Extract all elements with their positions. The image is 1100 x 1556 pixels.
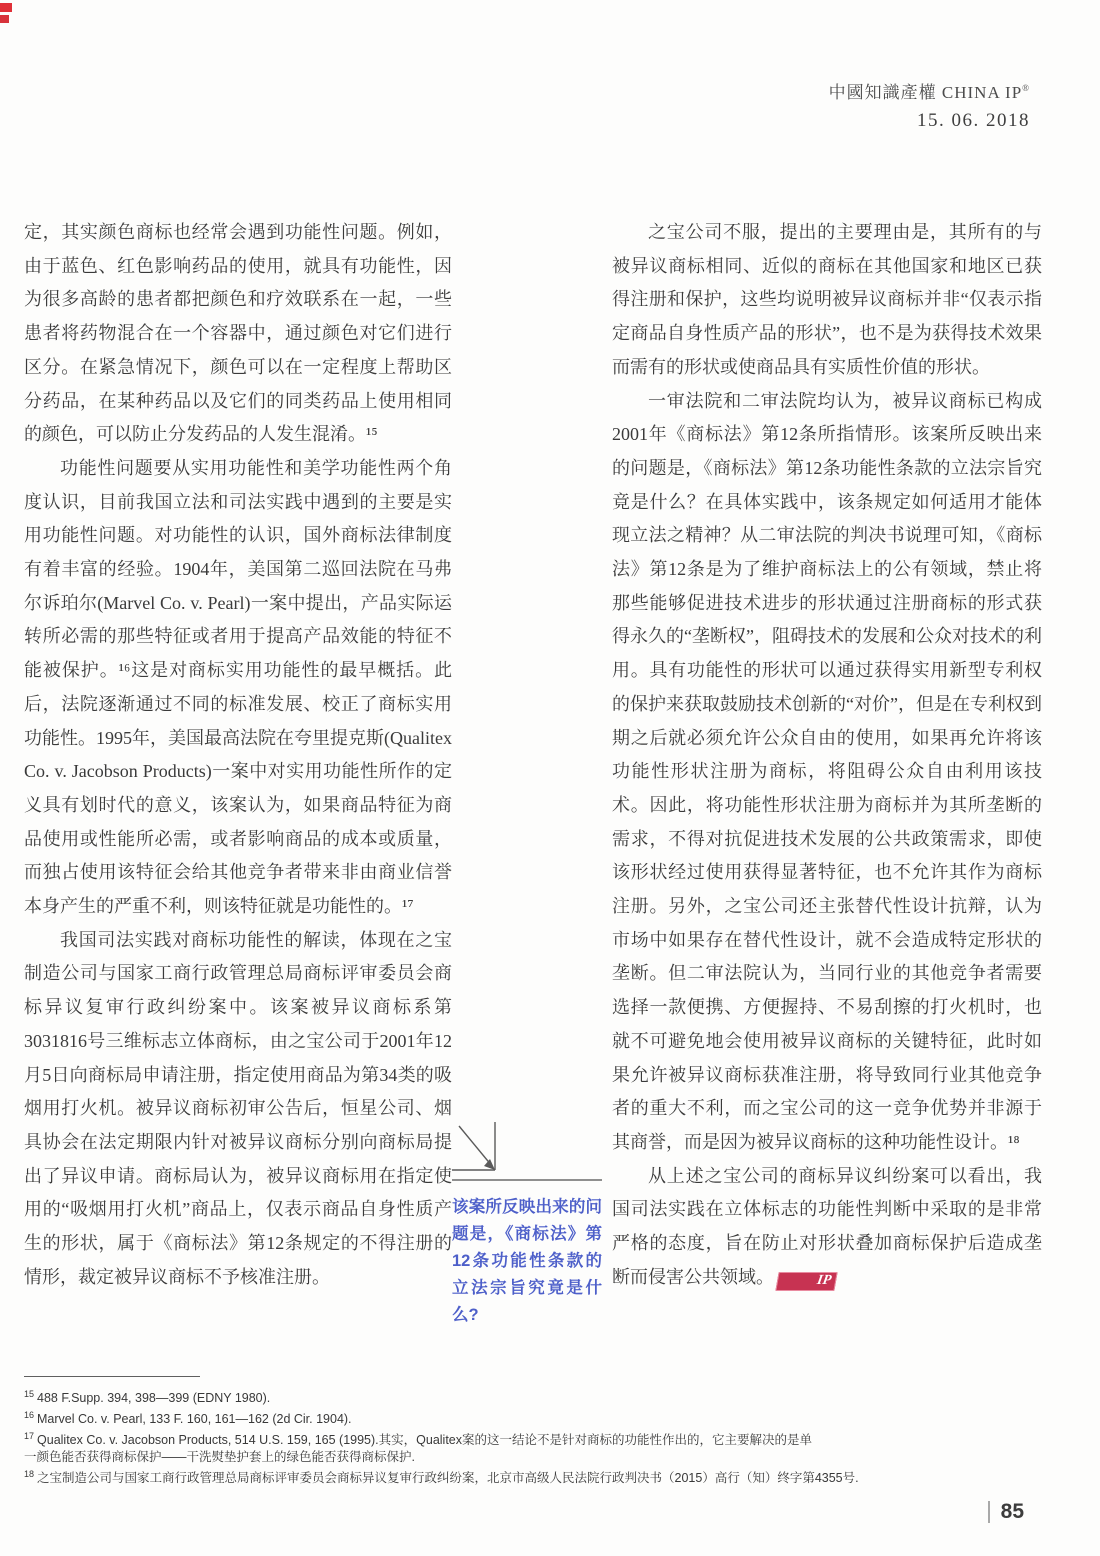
page-edge-mark [0, 3, 12, 12]
body-paragraph: 一审法院和二审法院均认为，被异议商标已构成2001年《商标法》第12条所指情形。… [612, 385, 1042, 1160]
footnote: 15488 F.Supp. 394, 398—399 (EDNY 1980). [24, 1386, 1088, 1407]
page-number-value: 85 [1001, 1500, 1024, 1524]
registered-mark: ® [1022, 83, 1030, 93]
page-header: 中國知識產權 CHINA IP® 15. 06. 2018 [829, 78, 1030, 132]
right-column: 之宝公司不服，提出的主要理由是，其所有的与被异议商标相同、近似的商标在其他国家和… [612, 216, 1042, 1295]
footnote-text: 488 F.Supp. 394, 398—399 (EDNY 1980). [37, 1391, 270, 1405]
pull-quote: 该案所反映出来的问题是，《商标法》第12条功能性条款的立法宗旨究竟是什么? [452, 1120, 602, 1329]
pull-quote-rule [452, 1179, 602, 1181]
paragraph-text: 从上述之宝公司的商标异议纠纷案可以看出，我国司法实践在立体标志的功能性判断中采取… [612, 1166, 1042, 1287]
footnote-text: Marvel Co. v. Pearl, 133 F. 160, 161—162… [37, 1412, 352, 1426]
brand-text: 中國知識產權 CHINA IP [829, 83, 1023, 102]
issue-date: 15. 06. 2018 [829, 110, 1030, 132]
footnote-text: 之宝制造公司与国家工商行政管理总局商标评审委员会商标异议复审行政纠纷案，北京市高… [37, 1472, 859, 1486]
page-number: 85 [988, 1500, 1024, 1524]
magazine-page: 中國知識產權 CHINA IP® 15. 06. 2018 定，其实颜色商标也经… [0, 0, 1100, 1556]
body-paragraph: 功能性问题要从实用功能性和美学功能性两个角度认识，目前我国立法和司法实践中遇到的… [24, 452, 452, 924]
footnote-number: 16 [24, 1410, 34, 1420]
page-edge-mark [0, 15, 9, 23]
footnotes: 15488 F.Supp. 394, 398—399 (EDNY 1980). … [24, 1376, 1088, 1488]
magazine-brand: 中國知識產權 CHINA IP® [829, 78, 1030, 103]
footnote: 17Qualitex Co. v. Jacobson Products, 514… [24, 1428, 824, 1466]
footnote-number: 15 [24, 1389, 34, 1399]
body-paragraph: 我国司法实践对商标功能性的解读，体现在之宝制造公司与国家工商行政管理总局商标评审… [24, 924, 452, 1295]
page-number-divider [988, 1501, 990, 1523]
footnote-number: 17 [24, 1431, 34, 1441]
corner-arrow-icon [452, 1120, 602, 1176]
footnote: 16Marvel Co. v. Pearl, 133 F. 160, 161—1… [24, 1407, 1088, 1428]
footnote-divider [24, 1376, 200, 1377]
china-ip-logo: IP [775, 1272, 837, 1291]
left-column: 定，其实颜色商标也经常会遇到功能性问题。例如，由于蓝色、红色影响药品的使用，就具… [24, 216, 452, 1295]
body-paragraph: 定，其实颜色商标也经常会遇到功能性问题。例如，由于蓝色、红色影响药品的使用，就具… [24, 216, 452, 452]
body-paragraph: 从上述之宝公司的商标异议纠纷案可以看出，我国司法实践在立体标志的功能性判断中采取… [612, 1160, 1042, 1295]
footnote-number: 18 [24, 1469, 34, 1479]
footnote-text: Qualitex Co. v. Jacobson Products, 514 U… [24, 1433, 812, 1464]
pull-quote-text: 该案所反映出来的问题是，《商标法》第12条功能性条款的立法宗旨究竟是什么? [452, 1194, 602, 1329]
footnote: 18之宝制造公司与国家工商行政管理总局商标评审委员会商标异议复审行政纠纷案，北京… [24, 1466, 1088, 1487]
body-paragraph: 之宝公司不服，提出的主要理由是，其所有的与被异议商标相同、近似的商标在其他国家和… [612, 216, 1042, 385]
